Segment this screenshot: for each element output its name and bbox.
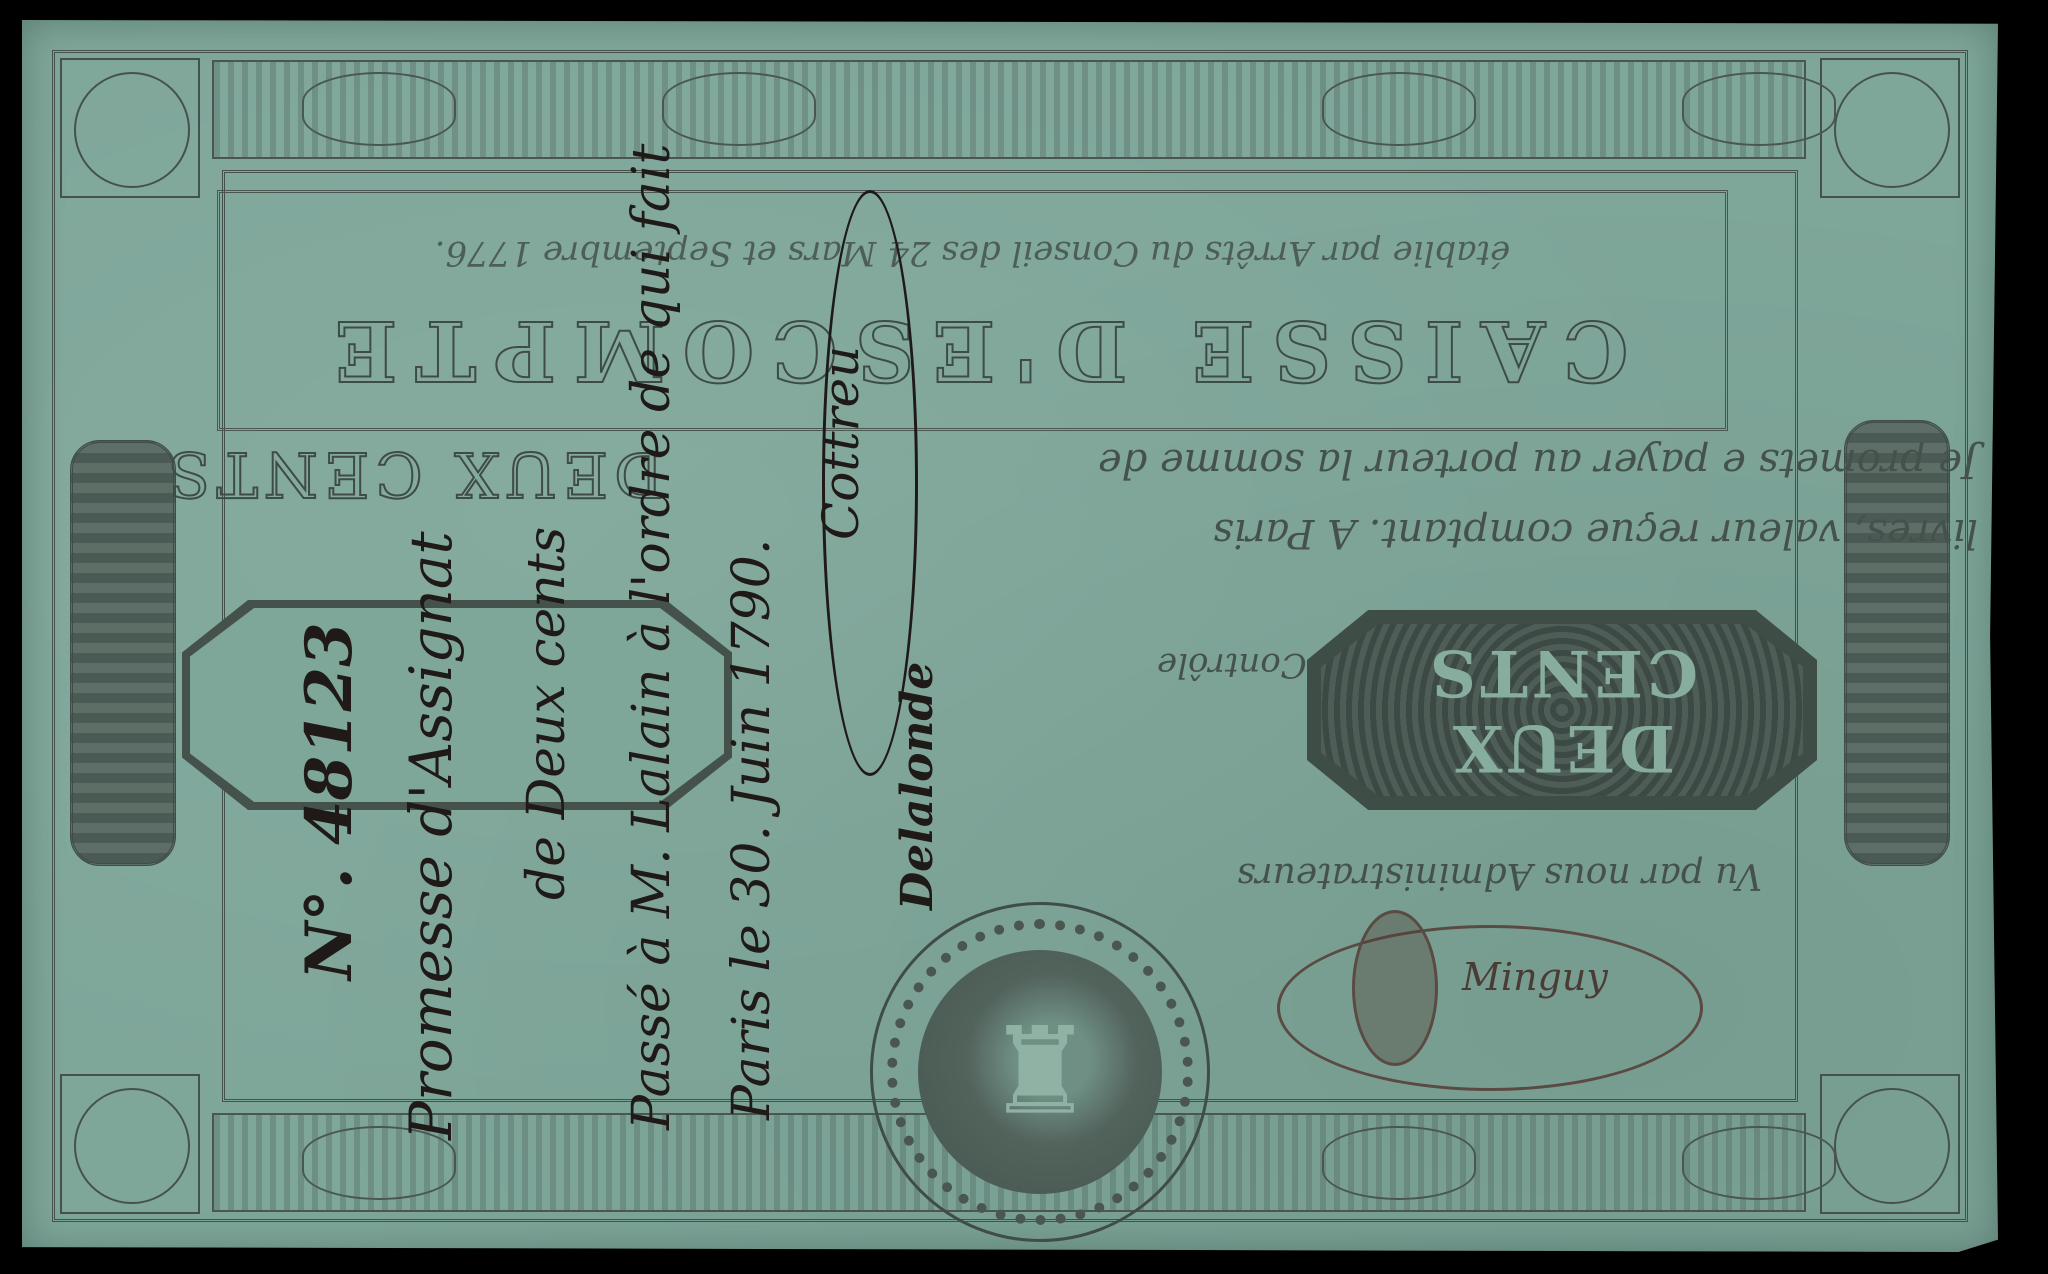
- bank-subtitle: établie par Arrêts du Conseil des 24 Mar…: [220, 233, 1725, 273]
- scroll-ornament-icon: [1682, 72, 1836, 146]
- corner-medallion-bottom-left: [60, 1074, 200, 1214]
- promise-line-2: livres, valeur reçue comptant. A Paris: [878, 510, 1978, 556]
- handwritten-line-amount: de Deux cents: [517, 527, 577, 900]
- circle-ornament-icon: [1834, 1088, 1950, 1204]
- control-label: Contrôle: [1157, 645, 1307, 685]
- denomination-text: DEUX CENTS: [1307, 635, 1817, 785]
- administrators-line: Vu par nous Administrateurs: [1237, 855, 1762, 896]
- scroll-ornament-icon: [662, 72, 816, 146]
- handwritten-line-endorsement: Passé à M. Lalain à l'ordre de qui fait: [622, 144, 682, 1130]
- scroll-ornament-icon: [302, 72, 456, 146]
- signature-scribble-icon: [1277, 925, 1703, 1091]
- scroll-ornament-icon: [1322, 72, 1476, 146]
- bank-title: CAISSE D'ESCOMPTE: [220, 302, 1725, 398]
- corner-medallion-top-left: [60, 58, 200, 198]
- scroll-ornament-icon: [1682, 1126, 1836, 1200]
- left-side-ornament-panel: [70, 440, 176, 866]
- handwritten-line-promesse: Promesse d'Assignat: [397, 531, 465, 1140]
- circle-ornament-icon: [74, 72, 190, 188]
- title-box: CAISSE D'ESCOMPTE établie par Arrêts du …: [217, 190, 1728, 431]
- seated-figure-icon: ♜: [986, 1003, 1094, 1142]
- signature-flourish-icon: [822, 190, 918, 776]
- ink-blot-icon: [1352, 910, 1438, 1066]
- circle-ornament-icon: [1834, 72, 1950, 188]
- corner-medallion-bottom-right: [1820, 1074, 1960, 1214]
- corner-medallion-top-right: [1820, 58, 1960, 198]
- banknote: CAISSE D'ESCOMPTE établie par Arrêts du …: [22, 20, 1998, 1252]
- amount-in-words: DEUX CENTS: [162, 438, 664, 511]
- serial-number: N°. 48123: [292, 622, 367, 980]
- signature-minguy: Minguy: [1462, 955, 1608, 999]
- promise-line-1: Je promets e payer au porteur la somme d…: [878, 440, 1978, 486]
- circle-ornament-icon: [74, 1088, 190, 1204]
- scroll-ornament-icon: [1322, 1126, 1476, 1200]
- handwritten-line-date: Paris le 30. Juin 1790.: [722, 539, 782, 1120]
- right-side-ornament-panel: [1844, 420, 1950, 866]
- central-seal: ♜: [870, 902, 1210, 1242]
- denomination-box: DEUX CENTS: [1307, 610, 1817, 810]
- seal-core: ♜: [918, 950, 1162, 1194]
